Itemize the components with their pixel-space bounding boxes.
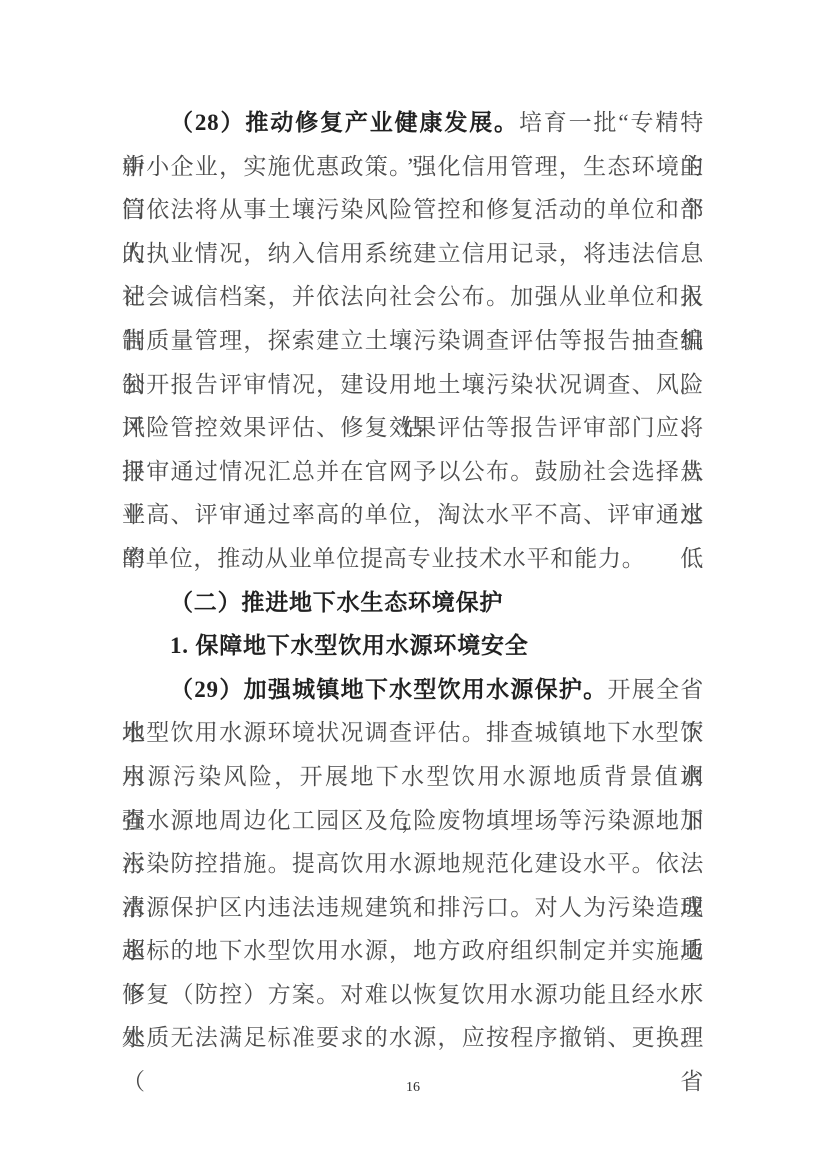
text-line: 水源污染风险，开展地下水型饮用水源地质背景值调查，加 (122, 755, 704, 799)
text-line: 水质无法满足标准要求的水源，应按程序撤销、更换。（省 (122, 1016, 704, 1060)
text-line: 污染防控措施。提高饮用水源地规范化建设水平。依法清理 (122, 842, 704, 886)
text-segment: 的单位，推动从业单位提高专业技术水平和能力。 (122, 546, 646, 571)
text-line: 平高、评审通过率高的单位，淘汰水平不高、评审通过率低 (122, 493, 704, 537)
page-number: 16 (0, 1078, 826, 1098)
text-line: 制质量管理，探索建立土壤污染调查评估等报告抽查机制。 (122, 319, 704, 363)
bold-text-segment: （29）加强城镇地下水型饮用水源保护。 (170, 677, 607, 702)
text-line: 风险管控效果评估、修复效果评估等报告评审部门应将报告 (122, 406, 704, 450)
bold-text-segment: （28）推动修复产业健康发展。 (170, 110, 519, 135)
document-body: （28）推动修复产业健康发展。培育一批“专精特新”的中小企业，实施优惠政策。强化… (122, 101, 704, 1060)
text-line: 水型饮用水源环境状况调查评估。排查城镇地下水型饮用水 (122, 711, 704, 755)
text-line: 评审通过情况汇总并在官网予以公布。鼓励社会选择从业水 (122, 450, 704, 494)
heading-line: 1. 保障地下水型饮用水源环境安全 (122, 624, 704, 668)
text-line: 水源保护区内违法违规建筑和排污口。对人为污染造成水质 (122, 886, 704, 930)
text-line: 公开报告评审情况，建设用地土壤污染状况调查、风险评估、 (122, 363, 704, 407)
text-line: 的单位，推动从业单位提高专业技术水平和能力。 (122, 537, 704, 581)
text-line: 修复（防控）方案。对难以恢复饮用水源功能且经水厂处理 (122, 973, 704, 1017)
document-page: （28）推动修复产业健康发展。培育一批“专精特新”的中小企业，实施优惠政策。强化… (0, 0, 826, 1169)
text-line: 中小企业，实施优惠政策。强化信用管理，生态环境主管部 (122, 145, 704, 189)
bold-text-segment: 1. 保障地下水型饮用水源环境安全 (170, 633, 529, 658)
text-line: 门依法将从事土壤污染风险管控和修复活动的单位和个人 (122, 188, 704, 232)
text-line: 的执业情况，纳入信用系统建立信用记录，将违法信息记入 (122, 232, 704, 276)
text-line: 超标的地下水型饮用水源，地方政府组织制定并实施地下水 (122, 929, 704, 973)
text-line: （29）加强城镇地下水型饮用水源保护。开展全省地下 (122, 668, 704, 712)
heading-line: （二）推进地下水生态环境保护 (122, 581, 704, 625)
bold-text-segment: （二）推进地下水生态环境保护 (170, 590, 503, 615)
text-line: 强水源地周边化工园区及危险废物填埋场等污染源地下水 (122, 799, 704, 843)
text-line: 社会诚信档案，并依法向社会公布。加强从业单位和报告编 (122, 275, 704, 319)
text-line: （28）推动修复产业健康发展。培育一批“专精特新”的 (122, 101, 704, 145)
